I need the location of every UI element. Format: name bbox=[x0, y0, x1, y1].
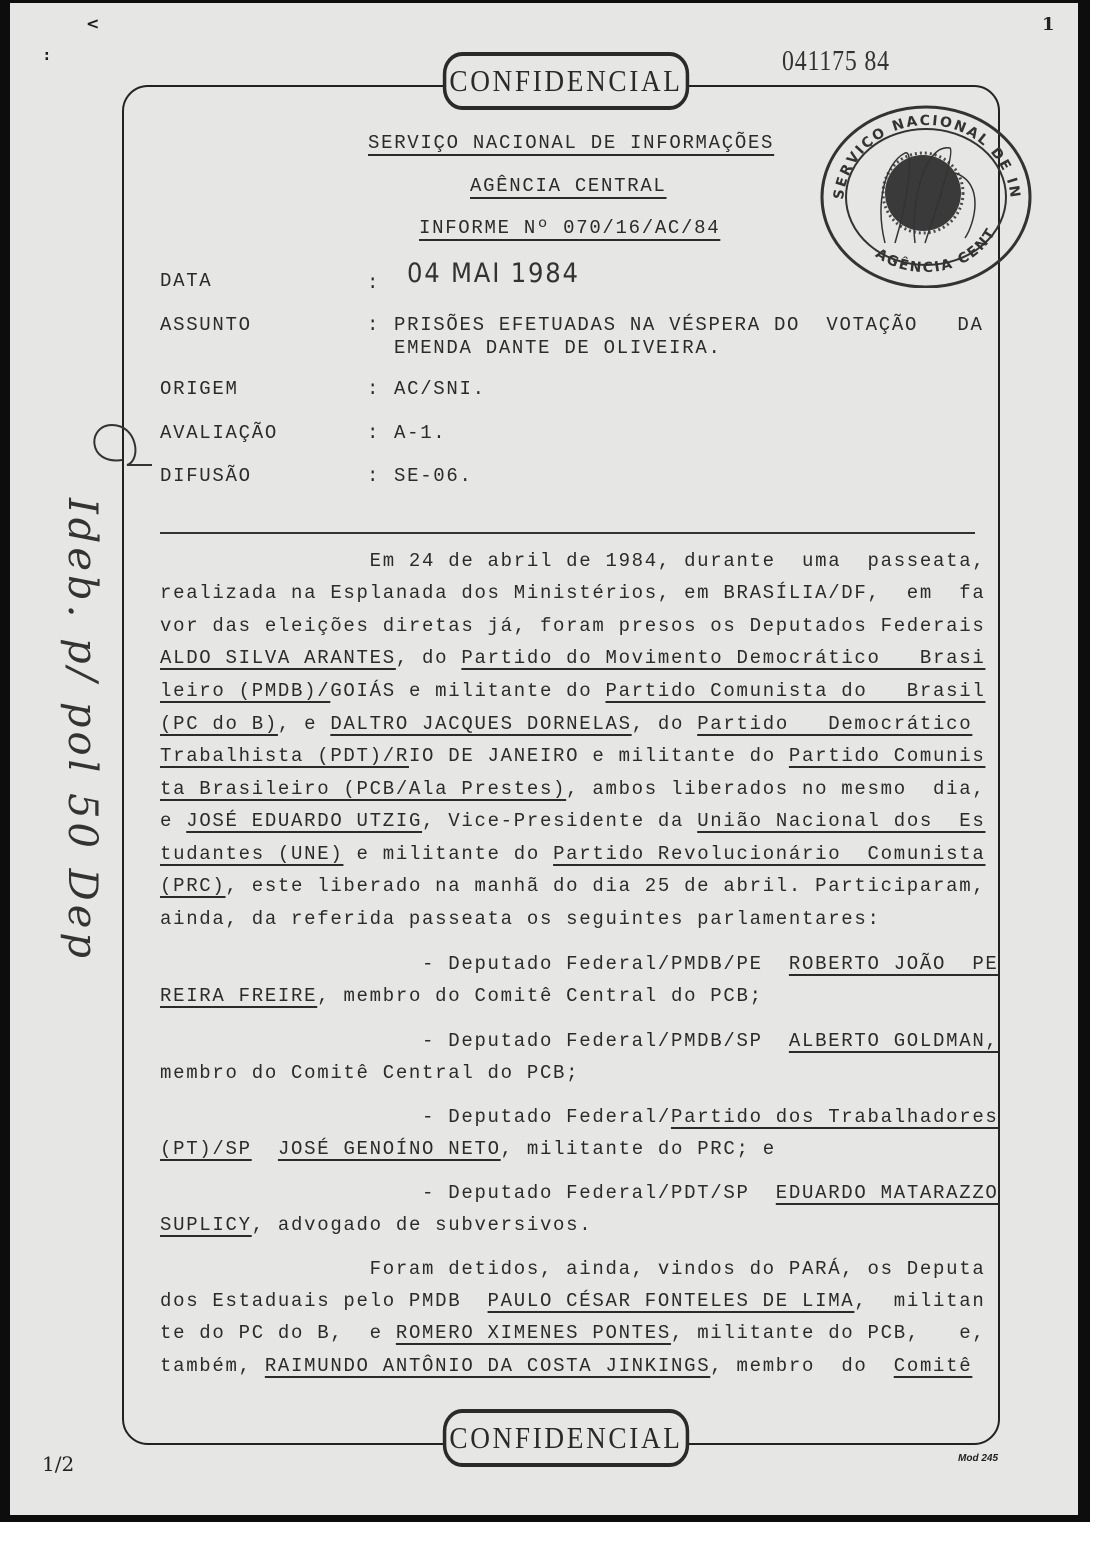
form-code: Mod 245 bbox=[958, 1453, 998, 1464]
body-line: leiro (PMDB)/GOIÁS e militante do Partid… bbox=[160, 680, 985, 702]
text-run: , militante do PRC; e bbox=[501, 1138, 776, 1160]
field-value-difusao: SE-06. bbox=[394, 465, 473, 487]
underlined-text: tudantes (UNE) bbox=[160, 843, 343, 865]
text-run: , Vice-Presidente da bbox=[422, 810, 697, 832]
body-line: membro do Comitê Central do PCB; bbox=[160, 1062, 579, 1084]
text-run: - Deputado Federal/PDT/SP bbox=[160, 1182, 776, 1204]
field-value-assunto-cont: EMENDA DANTE DE OLIVEIRA. bbox=[394, 337, 722, 359]
agency-seal: SERVIÇO NACIONAL DE INFORMAÇÕES AGÊNCIA … bbox=[815, 93, 1037, 288]
handwritten-note: Ideb. p/ pol 50 Dep bbox=[32, 420, 132, 1040]
handwritten-text: Ideb. p/ pol 50 Dep bbox=[59, 498, 105, 962]
handwritten-loop-icon bbox=[82, 420, 152, 490]
body-line: e JOSÉ EDUARDO UTZIG, Vice-Presidente da… bbox=[160, 810, 985, 832]
text-run: , militan bbox=[854, 1290, 985, 1312]
body-line: realizada na Esplanada dos Ministérios, … bbox=[160, 582, 985, 604]
text-run: realizada na Esplanada dos Ministérios, … bbox=[160, 582, 985, 604]
underlined-text: DALTRO JACQUES DORNELAS bbox=[330, 713, 631, 735]
division-title: AGÊNCIA CENTRAL bbox=[470, 175, 667, 197]
underlined-text: RAIMUNDO ANTÔNIO DA COSTA JINKINGS bbox=[265, 1355, 710, 1377]
body-line: ainda, da referida passeata os seguintes… bbox=[160, 908, 881, 930]
text-run: - Deputado Federal/ bbox=[160, 1106, 671, 1128]
seal-icon: SERVIÇO NACIONAL DE INFORMAÇÕES AGÊNCIA … bbox=[815, 93, 1037, 288]
text-run: vor das eleições diretas já, foram preso… bbox=[160, 615, 985, 637]
field-label-avaliacao: AVALIAÇÃO bbox=[160, 422, 278, 444]
corner-mark: < bbox=[86, 14, 99, 33]
text-run: Foram detidos, ainda, vindos do PARÁ, os… bbox=[160, 1258, 985, 1280]
field-label-assunto: ASSUNTO bbox=[160, 314, 252, 336]
field-colon: : bbox=[367, 272, 380, 294]
text-run: e bbox=[160, 810, 186, 832]
field-colon: : bbox=[367, 465, 380, 487]
text-run: também, bbox=[160, 1355, 265, 1377]
underlined-text: Partido dos Trabalhadores bbox=[671, 1106, 999, 1128]
field-value-assunto: PRISÕES EFETUADAS NA VÉSPERA DO VOTAÇÃO … bbox=[394, 314, 984, 336]
body-line: - Deputado Federal/PMDB/SP ALBERTO GOLDM… bbox=[160, 1030, 999, 1052]
underlined-text: Partido do Movimento Democrático Brasi bbox=[461, 647, 985, 669]
text-run: , e bbox=[278, 713, 330, 735]
field-colon: : bbox=[367, 378, 380, 400]
field-colon: : bbox=[367, 422, 380, 444]
underlined-text: ALBERTO GOLDMAN, bbox=[789, 1030, 999, 1052]
underlined-text: (PRC) bbox=[160, 875, 226, 897]
body-line: Trabalhista (PDT)/RIO DE JANEIRO e milit… bbox=[160, 745, 985, 767]
body-line: também, RAIMUNDO ANTÔNIO DA COSTA JINKIN… bbox=[160, 1355, 972, 1377]
text-run: dos Estaduais pelo PMDB bbox=[160, 1290, 488, 1312]
underlined-text: Comitê bbox=[894, 1355, 973, 1377]
underlined-text: REIRA FREIRE bbox=[160, 985, 317, 1007]
corner-mark: : bbox=[44, 48, 50, 64]
agency-title: SERVIÇO NACIONAL DE INFORMAÇÕES bbox=[368, 132, 774, 154]
text-run: - Deputado Federal/PMDB/SP bbox=[160, 1030, 789, 1052]
underlined-text: leiro (PMDB)/ bbox=[160, 680, 330, 702]
text-run: - Deputado Federal/PMDB/PE bbox=[160, 953, 789, 975]
text-run: , membro do Comitê Central do PCB; bbox=[317, 985, 762, 1007]
text-run bbox=[252, 1138, 278, 1160]
text-run: , advogado de subversivos. bbox=[252, 1214, 593, 1236]
text-run: membro do Comitê Central do PCB; bbox=[160, 1062, 579, 1084]
text-run: , militante do PCB, e, bbox=[671, 1322, 985, 1344]
body-line: Foram detidos, ainda, vindos do PARÁ, os… bbox=[160, 1258, 985, 1280]
date-stamp: 04 MAI 1984 bbox=[407, 258, 580, 289]
body-line: tudantes (UNE) e militante do Partido Re… bbox=[160, 843, 985, 865]
underlined-text: EDUARDO MATARAZZO bbox=[776, 1182, 999, 1204]
body-line: dos Estaduais pelo PMDB PAULO CÉSAR FONT… bbox=[160, 1290, 985, 1312]
underlined-text: ROMERO XIMENES PONTES bbox=[396, 1322, 671, 1344]
body-line: - Deputado Federal/PDT/SP EDUARDO MATARA… bbox=[160, 1182, 999, 1204]
text-run: e militante do bbox=[343, 843, 553, 865]
body-line: ta Brasileiro (PCB/Ala Prestes), ambos l… bbox=[160, 778, 985, 800]
text-run: , este liberado na manhã do dia 25 de ab… bbox=[226, 875, 986, 897]
report-number: INFORME Nº 070/16/AC/84 bbox=[419, 217, 720, 239]
text-run: , ambos liberados no mesmo dia, bbox=[566, 778, 985, 800]
body-line: te do PC do B, e ROMERO XIMENES PONTES, … bbox=[160, 1322, 985, 1344]
text-run: Em 24 de abril de 1984, durante uma pass… bbox=[160, 550, 985, 572]
page-number-top: 1 bbox=[1042, 14, 1055, 35]
underlined-text: ALDO SILVA ARANTES bbox=[160, 647, 396, 669]
body-line: - Deputado Federal/PMDB/PE ROBERTO JOÃO … bbox=[160, 953, 999, 975]
body-line: Em 24 de abril de 1984, durante uma pass… bbox=[160, 550, 985, 572]
body-line: (PC do B), e DALTRO JACQUES DORNELAS, do… bbox=[160, 713, 972, 735]
text-run: IO DE JANEIRO e militante do bbox=[409, 745, 789, 767]
body-line: (PRC), este liberado na manhã do dia 25 … bbox=[160, 875, 985, 897]
text-run: ainda, da referida passeata os seguintes… bbox=[160, 908, 881, 930]
underlined-text: Partido Comunis bbox=[789, 745, 986, 767]
section-divider bbox=[160, 532, 975, 534]
underlined-text: ta Brasileiro (PCB/Ala Prestes) bbox=[160, 778, 566, 800]
underlined-text: SUPLICY bbox=[160, 1214, 252, 1236]
underlined-text: JOSÉ EDUARDO UTZIG bbox=[186, 810, 422, 832]
classification-banner-bottom: CONFIDENCIAL bbox=[443, 1409, 689, 1467]
text-run: , membro do bbox=[710, 1355, 893, 1377]
serial-number: 041175 84 bbox=[782, 46, 890, 78]
text-run: , do bbox=[632, 713, 698, 735]
body-line: (PT)/SP JOSÉ GENOÍNO NETO, militante do … bbox=[160, 1138, 776, 1160]
underlined-text: Trabalhista (PDT)/R bbox=[160, 745, 409, 767]
body-line: SUPLICY, advogado de subversivos. bbox=[160, 1214, 592, 1236]
body-line: - Deputado Federal/Partido dos Trabalhad… bbox=[160, 1106, 999, 1128]
field-value-origem: AC/SNI. bbox=[394, 378, 486, 400]
body-line: vor das eleições diretas já, foram preso… bbox=[160, 615, 985, 637]
field-label-origem: ORIGEM bbox=[160, 378, 239, 400]
underlined-text: Partido Revolucionário Comunista bbox=[553, 843, 985, 865]
underlined-text: Partido Comunista do Brasil bbox=[605, 680, 985, 702]
body-line: ALDO SILVA ARANTES, do Partido do Movime… bbox=[160, 647, 985, 669]
field-label-difusao: DIFUSÃO bbox=[160, 465, 252, 487]
field-colon: : bbox=[367, 314, 380, 336]
classification-banner-top: CONFIDENCIAL bbox=[443, 52, 689, 110]
underlined-text: JOSÉ GENOÍNO NETO bbox=[278, 1138, 501, 1160]
underlined-text: PAULO CÉSAR FONTELES DE LIMA bbox=[488, 1290, 855, 1312]
text-run: te do PC do B, e bbox=[160, 1322, 396, 1344]
field-value-avaliacao: A-1. bbox=[394, 422, 446, 444]
underlined-text: (PC do B) bbox=[160, 713, 278, 735]
field-label-data: DATA bbox=[160, 270, 212, 292]
text-run: , do bbox=[396, 647, 462, 669]
text-run: GOIÁS e militante do bbox=[330, 680, 605, 702]
underlined-text: ROBERTO JOÃO PE bbox=[789, 953, 999, 975]
underlined-text: União Nacional dos Es bbox=[697, 810, 985, 832]
body-line: REIRA FREIRE, membro do Comitê Central d… bbox=[160, 985, 763, 1007]
page-fraction: 1/2 bbox=[42, 1452, 74, 1476]
underlined-text: (PT)/SP bbox=[160, 1138, 252, 1160]
underlined-text: Partido Democrático bbox=[697, 713, 972, 735]
